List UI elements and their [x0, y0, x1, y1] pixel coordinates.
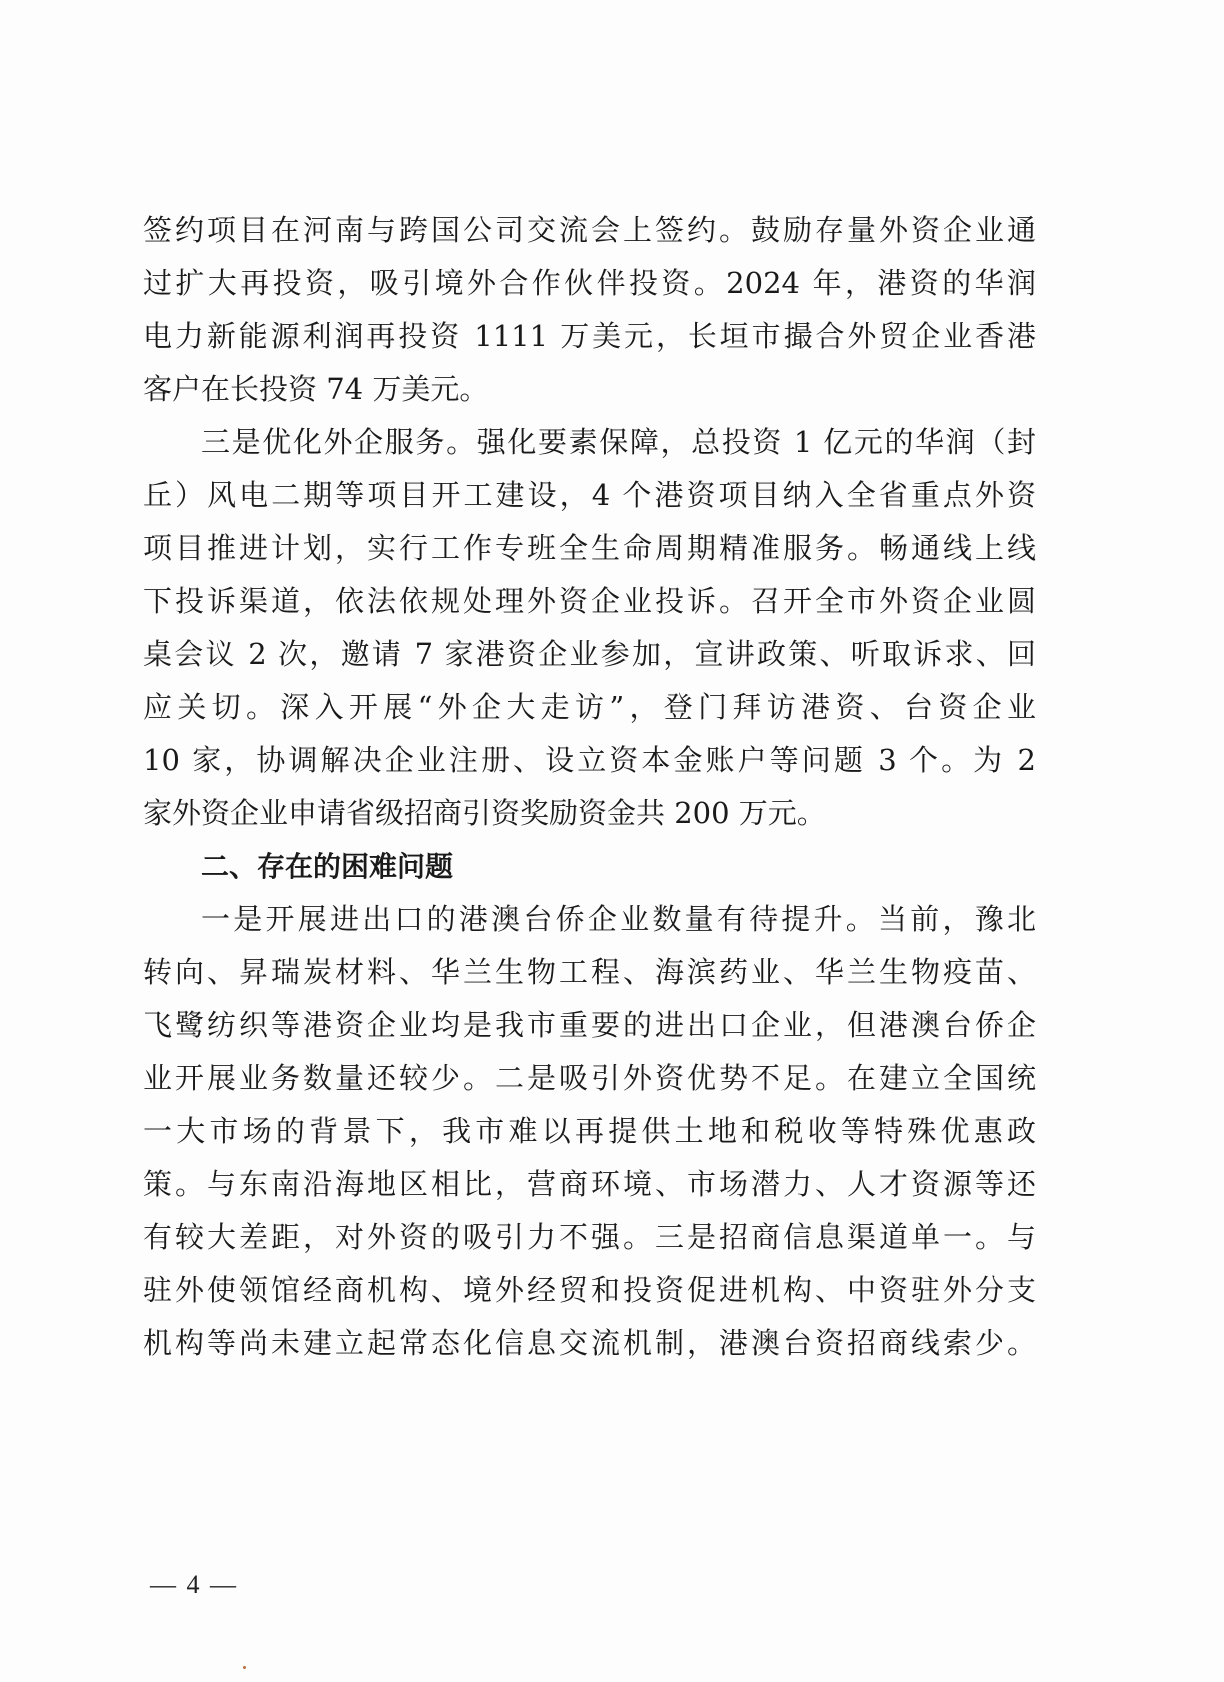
text-line: 客户在长投资 74 万美元。: [143, 363, 1036, 416]
text-line: 家外资企业申请省级招商引资奖励资金共 200 万元。: [143, 787, 1036, 840]
text-line: 飞鹭纺织等港资企业均是我市重要的进出口企业，但港澳台侨企: [143, 999, 1036, 1052]
paragraph-continuation: 签约项目在河南与跨国公司交流会上签约。鼓励存量外资企业通 过扩大再投资，吸引境外…: [143, 204, 1036, 416]
text-line: 丘）风电二期等项目开工建设，4 个港资项目纳入全省重点外资: [143, 469, 1036, 522]
text-line: 驻外使领馆经商机构、境外经贸和投资促进机构、中资驻外分支: [143, 1264, 1036, 1317]
text-line: 转向、昇瑞炭材料、华兰生物工程、海滨药业、华兰生物疫苗、: [143, 946, 1036, 999]
text-line: 项目推进计划，实行工作专班全生命周期精准服务。畅通线上线: [143, 522, 1036, 575]
text-line: 签约项目在河南与跨国公司交流会上签约。鼓励存量外资企业通: [143, 204, 1036, 257]
document-body: 签约项目在河南与跨国公司交流会上签约。鼓励存量外资企业通 过扩大再投资，吸引境外…: [143, 204, 1036, 1370]
page-number: — 4 —: [150, 1570, 238, 1600]
paragraph-difficulties: 一是开展进出口的港澳台侨企业数量有待提升。当前，豫北 转向、昇瑞炭材料、华兰生物…: [143, 893, 1036, 1370]
text-line: 机构等尚未建立起常态化信息交流机制，港澳台资招商线索少。: [143, 1317, 1036, 1370]
section-heading: 二、存在的困难问题: [143, 840, 1036, 893]
text-line: 过扩大再投资，吸引境外合作伙伴投资。2024 年，港资的华润: [143, 257, 1036, 310]
text-line: 有较大差距，对外资的吸引力不强。三是招商信息渠道单一。与: [143, 1211, 1036, 1264]
text-line: 应关切。深入开展“外企大走访”，登门拜访港资、台资企业: [143, 681, 1036, 734]
scan-speck: [243, 1666, 246, 1669]
paragraph-foreign-enterprise-service: 三是优化外企服务。强化要素保障，总投资 1 亿元的华润（封 丘）风电二期等项目开…: [143, 416, 1036, 840]
text-line: 三是优化外企服务。强化要素保障，总投资 1 亿元的华润（封: [143, 416, 1036, 469]
text-line: 一是开展进出口的港澳台侨企业数量有待提升。当前，豫北: [143, 893, 1036, 946]
text-line: 电力新能源利润再投资 1111 万美元，长垣市撮合外贸企业香港: [143, 310, 1036, 363]
text-line: 策。与东南沿海地区相比，营商环境、市场潜力、人才资源等还: [143, 1158, 1036, 1211]
text-line: 业开展业务数量还较少。二是吸引外资优势不足。在建立全国统: [143, 1052, 1036, 1105]
text-line: 一大市场的背景下，我市难以再提供土地和税收等特殊优惠政: [143, 1105, 1036, 1158]
text-line: 桌会议 2 次，邀请 7 家港资企业参加，宣讲政策、听取诉求、回: [143, 628, 1036, 681]
text-line: 10 家，协调解决企业注册、设立资本金账户等问题 3 个。为 2: [143, 734, 1036, 787]
text-line: 下投诉渠道，依法依规处理外资企业投诉。召开全市外资企业圆: [143, 575, 1036, 628]
